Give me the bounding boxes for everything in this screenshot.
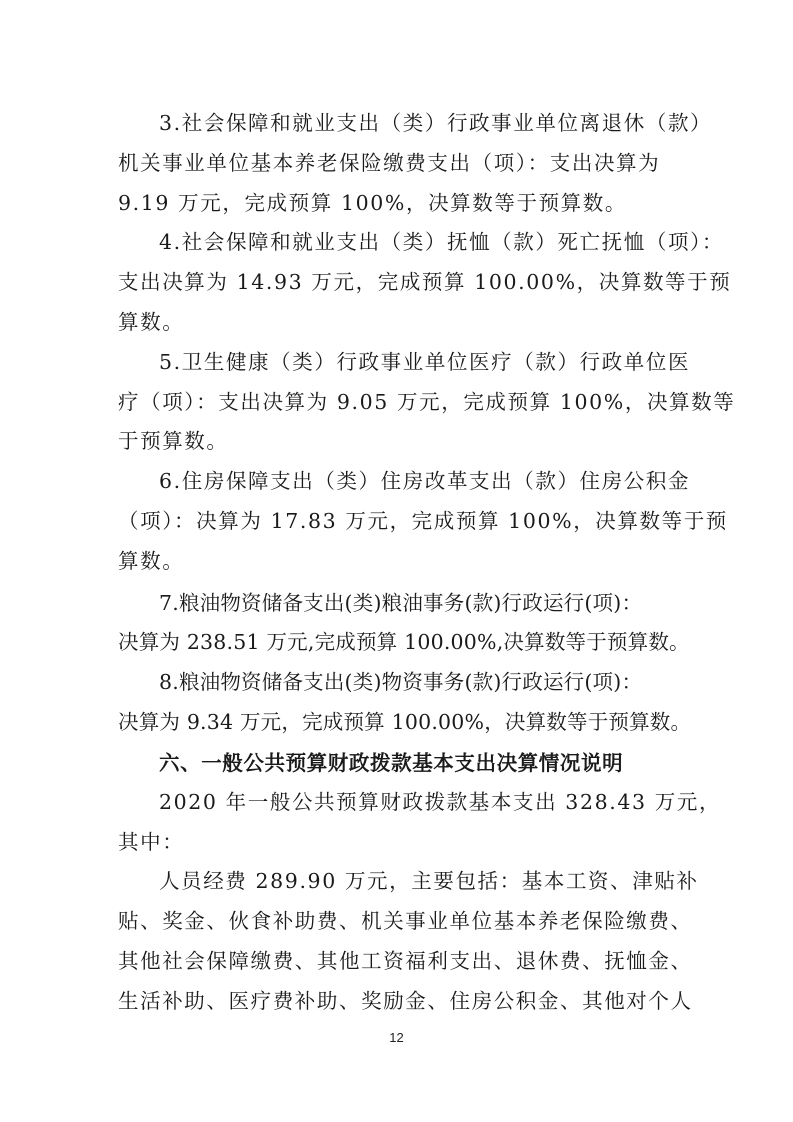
text-line: 算数。 [118, 542, 676, 582]
text-line: 7.粮油物资储备支出(类)粮油事务(款)行政运行(项)： [118, 584, 676, 624]
section-heading: 六、一般公共预算财政拨款基本支出决算情况说明 [118, 743, 676, 783]
text-line: 9.19 万元，完成预算 100%，决算数等于预算数。 [118, 184, 676, 224]
text-line: 算数。 [118, 303, 676, 343]
page-number: 12 [0, 1030, 793, 1045]
text-line: 8.粮油物资储备支出(类)物资事务(款)行政运行(项)： [118, 663, 676, 703]
text-line: 疗（项）：支出决算为 9.05 万元，完成预算 100%，决算数等 [118, 383, 676, 423]
item-8-paragraph: 8.粮油物资储备支出(类)物资事务(款)行政运行(项)： 决算为 9.34 万元… [118, 663, 676, 743]
text-line: 机关事业单位基本养老保险缴费支出（项）：支出决算为 [118, 144, 676, 184]
text-line: 人员经费 289.90 万元，主要包括：基本工资、津贴补 [118, 862, 676, 902]
text-line: 6.住房保障支出（类）住房改革支出（款）住房公积金 [118, 462, 676, 502]
text-line: 决算为 238.51 万元,完成预算 100.00%,决算数等于预算数。 [118, 623, 676, 663]
item-3-paragraph: 3.社会保障和就业支出（类）行政事业单位离退休（款） 机关事业单位基本养老保险缴… [118, 104, 676, 223]
text-line: 2020 年一般公共预算财政拨款基本支出 328.43 万元， [118, 783, 676, 823]
item-7-paragraph: 7.粮油物资储备支出(类)粮油事务(款)行政运行(项)： 决算为 238.51 … [118, 584, 676, 664]
text-line: 贴、奖金、伙食补助费、机关事业单位基本养老保险缴费、 [118, 902, 676, 942]
document-page: 3.社会保障和就业支出（类）行政事业单位离退休（款） 机关事业单位基本养老保险缴… [118, 104, 676, 1022]
text-line: 决算为 9.34 万元，完成预算 100.00%，决算数等于预算数。 [118, 703, 676, 743]
text-line: （项）：决算为 17.83 万元，完成预算 100%，决算数等于预 [118, 502, 676, 542]
text-line: 于预算数。 [118, 422, 676, 462]
text-line: 5.卫生健康（类）行政事业单位医疗（款）行政单位医 [118, 343, 676, 383]
text-line: 支出决算为 14.93 万元，完成预算 100.00%，决算数等于预 [118, 263, 676, 303]
text-line: 其中： [118, 823, 676, 863]
text-line: 生活补助、医疗费补助、奖励金、住房公积金、其他对个人 [118, 982, 676, 1022]
item-4-paragraph: 4.社会保障和就业支出（类）抚恤（款）死亡抚恤（项）： 支出决算为 14.93 … [118, 223, 676, 342]
text-line: 其他社会保障缴费、其他工资福利支出、退休费、抚恤金、 [118, 942, 676, 982]
text-line: 3.社会保障和就业支出（类）行政事业单位离退休（款） [118, 104, 676, 144]
text-line: 4.社会保障和就业支出（类）抚恤（款）死亡抚恤（项）： [118, 223, 676, 263]
summary-paragraph: 2020 年一般公共预算财政拨款基本支出 328.43 万元， 其中： [118, 783, 676, 863]
item-6-paragraph: 6.住房保障支出（类）住房改革支出（款）住房公积金 （项）：决算为 17.83 … [118, 462, 676, 581]
personnel-expense-paragraph: 人员经费 289.90 万元，主要包括：基本工资、津贴补 贴、奖金、伙食补助费、… [118, 862, 676, 1021]
item-5-paragraph: 5.卫生健康（类）行政事业单位医疗（款）行政单位医 疗（项）：支出决算为 9.0… [118, 343, 676, 462]
